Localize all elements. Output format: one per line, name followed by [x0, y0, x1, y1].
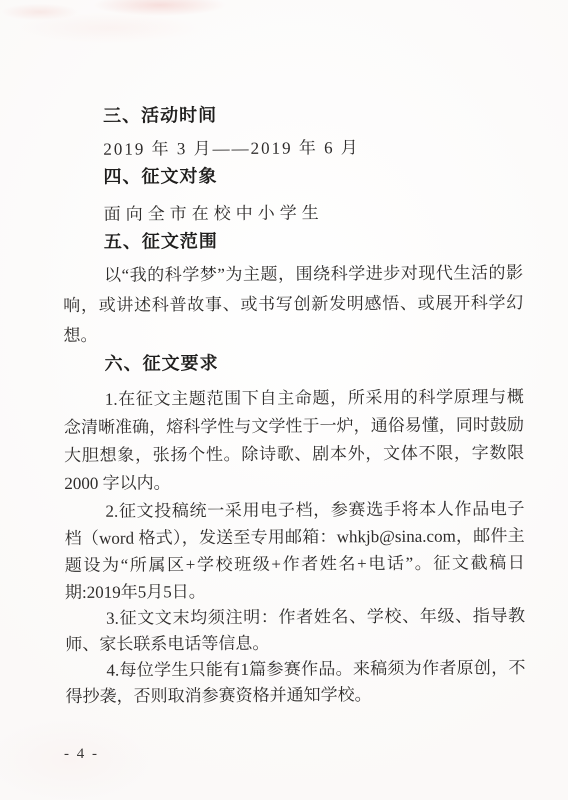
- scanned-document-page: { "document": { "sections": [ { "heading…: [0, 0, 568, 800]
- page-number: - 4 -: [64, 746, 99, 763]
- paragraph-essay-scope: 以“我的科学梦”为主题，围绕科学进步对现代生活的影响，或讲述科普故事、或书写创新…: [63, 258, 524, 351]
- paragraph-requirement-1: 1.在征文主题范围下自主命题，所采用的科学原理与概念清晰准确，熔科学性与文学性于…: [64, 383, 525, 498]
- section-heading-essay-requirements: 六、征文要求: [64, 348, 524, 377]
- section-heading-activity-time: 三、活动时间: [62, 100, 522, 129]
- section-heading-essay-scope: 五、征文范围: [63, 226, 523, 255]
- section-heading-essay-audience: 四、征文对象: [62, 161, 522, 190]
- paragraph-essay-audience: 面向全市在校中小学生: [63, 197, 523, 229]
- document-content: 三、活动时间 2019 年 3 月——2019 年 6 月 四、征文对象 面向全…: [62, 100, 526, 710]
- paragraph-requirement-3: 3.征文文末均须注明：作者姓名、学校、年级、指导教师、家长联系电话等信息。: [65, 603, 525, 658]
- paragraph-activity-dates: 2019 年 3 月——2019 年 6 月: [62, 132, 522, 164]
- paragraph-requirement-4: 4.每位学生只能有1篇参赛作品。来稿须为作者原创，不得抄袭，否则取消参赛资格并通…: [65, 655, 525, 710]
- paragraph-requirement-2-submission-email: 2.征文投稿统一采用电子档，参赛选手将本人作品电子档（word 格式），发送至专…: [64, 495, 525, 606]
